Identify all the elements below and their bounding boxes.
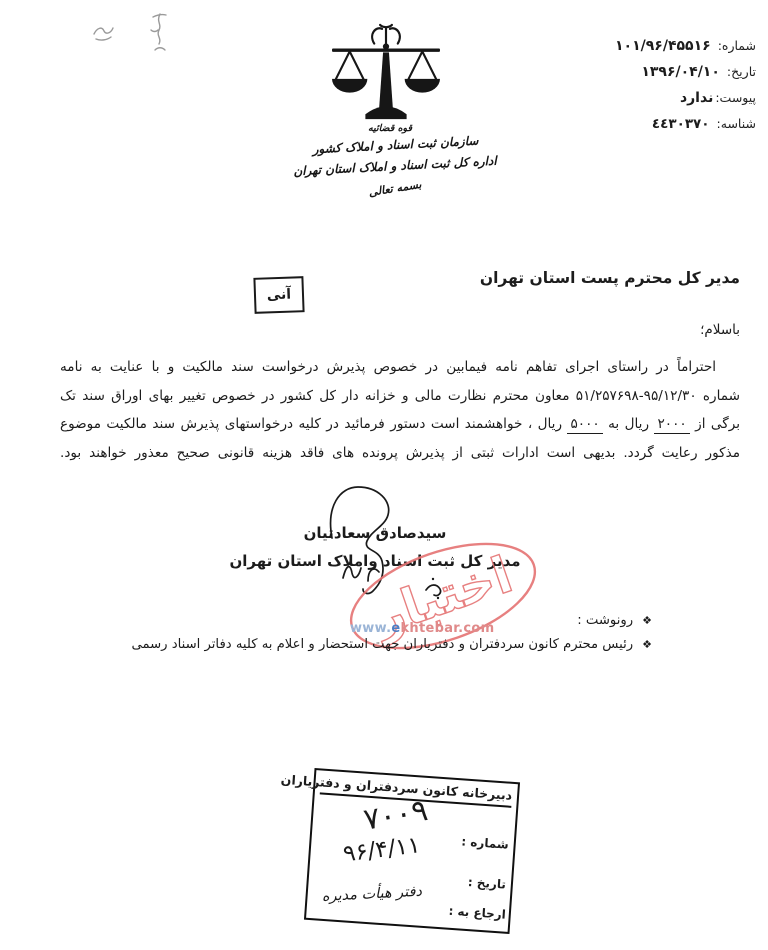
meta-number-value: ۱۰۱/۹۶/۴۵۵۱۶ (615, 38, 711, 54)
urgency-stamp-box: آنی (253, 276, 304, 314)
meta-date-value: ۱۳۹۶/۰۴/۱۰ (641, 64, 720, 80)
body-line-3c: ریال ، خواهشمند است دستور فرمائید در کلی… (60, 416, 567, 432)
meta-date-label: تاریخ: (727, 64, 756, 79)
cc-label: رونوشت : (577, 613, 633, 628)
secretariat-stamp: دبیرخانه کانون سردفتران و دفتریاران شمار… (304, 768, 520, 934)
meta-date-row: تاریخ: ۱۳۹۶/۰۴/۱۰ (615, 64, 756, 80)
letterhead-office: اداره کل ثبت اسناد و املاک استان تهران (291, 154, 499, 179)
meta-attachment-value: ندارد (680, 90, 713, 106)
new-price-value: ۵۰۰۰ (567, 416, 602, 434)
stamp-date-label: تاریخ : (467, 875, 506, 892)
cc-item: رئیس محترم کانون سردفتران و دفتریاران جه… (131, 637, 633, 652)
meta-attachment-row: پیوست: ندارد (615, 90, 756, 106)
stamp-number-label: شماره : (461, 834, 509, 851)
meta-number-row: شماره: ۱۰۱/۹۶/۴۵۵۱۶ (615, 38, 756, 54)
diamond-bullet-icon: ❖ (642, 614, 652, 627)
meta-id-row: شناسه: ٤٤٣٠٣٧٠ (615, 116, 756, 132)
handwritten-scribble (88, 6, 198, 56)
diamond-bullet-icon: ❖ (642, 638, 652, 651)
judiciary-scales-emblem-icon (312, 22, 460, 128)
letter-body: احتراماً در راستای اجرای تفاهم نامه فیما… (60, 353, 740, 467)
old-price-value: ۲۰۰۰ (654, 416, 689, 434)
meta-number-label: شماره: (718, 38, 756, 53)
meta-id-value: ٤٤٣٠٣٧٠ (652, 116, 710, 132)
body-line-1: احتراماً در راستای اجرای تفاهم نامه فیما… (60, 353, 740, 382)
stamp-handwritten-date: ۹۶/۴/۱۱ (342, 832, 422, 867)
cc-header-row: ❖ رونوشت : (92, 613, 652, 628)
body-line-3a: برگی از (690, 416, 740, 432)
body-line-2: شماره ۹۵/۱۲/۳۰-۵۱/۲۵۷۶۹۸ معاون محترم نظا… (60, 382, 740, 411)
letter-meta-fields: شماره: ۱۰۱/۹۶/۴۵۵۱۶ تاریخ: ۱۳۹۶/۰۴/۱۰ پی… (615, 38, 756, 142)
stamp-ref-label: ارجاع به : (448, 904, 506, 922)
salutation: باسلام؛ (700, 322, 740, 338)
handwritten-signature (298, 478, 488, 608)
stamp-handwritten-ref: دفتر هیأت مدیره (322, 884, 423, 905)
letterhead-besmellah: بسمه تعالی (355, 176, 434, 201)
cc-section: ❖ رونوشت : ❖ رئیس محترم کانون سردفتران و… (92, 613, 652, 661)
scanned-letter-page: قوه قضائیه سازمان ثبت اسناد و املاک کشور… (0, 0, 768, 950)
body-line-3: برگی از ۲۰۰۰ ریال به ۵۰۰۰ ریال ، خواهشمن… (60, 410, 740, 439)
urgency-label: آنی (267, 287, 292, 304)
meta-id-label: شناسه: (717, 116, 756, 131)
letterhead-organization: سازمان ثبت اسناد و املاک کشور (303, 133, 488, 157)
recipient-line: مدیر کل محترم پست استان تهران (480, 269, 740, 287)
meta-attachment-label: پیوست: (715, 90, 756, 105)
body-line-4: مذکور رعایت گردد. بدیهی است ادارات ثبتی … (60, 439, 740, 468)
stamp-handwritten-number: ۷۰۰۹ (361, 793, 430, 838)
body-line-3b: ریال به (603, 416, 655, 432)
letterhead-judiciary: قوه قضائیه (330, 123, 450, 134)
cc-item-row: ❖ رئیس محترم کانون سردفتران و دفتریاران … (92, 637, 652, 652)
